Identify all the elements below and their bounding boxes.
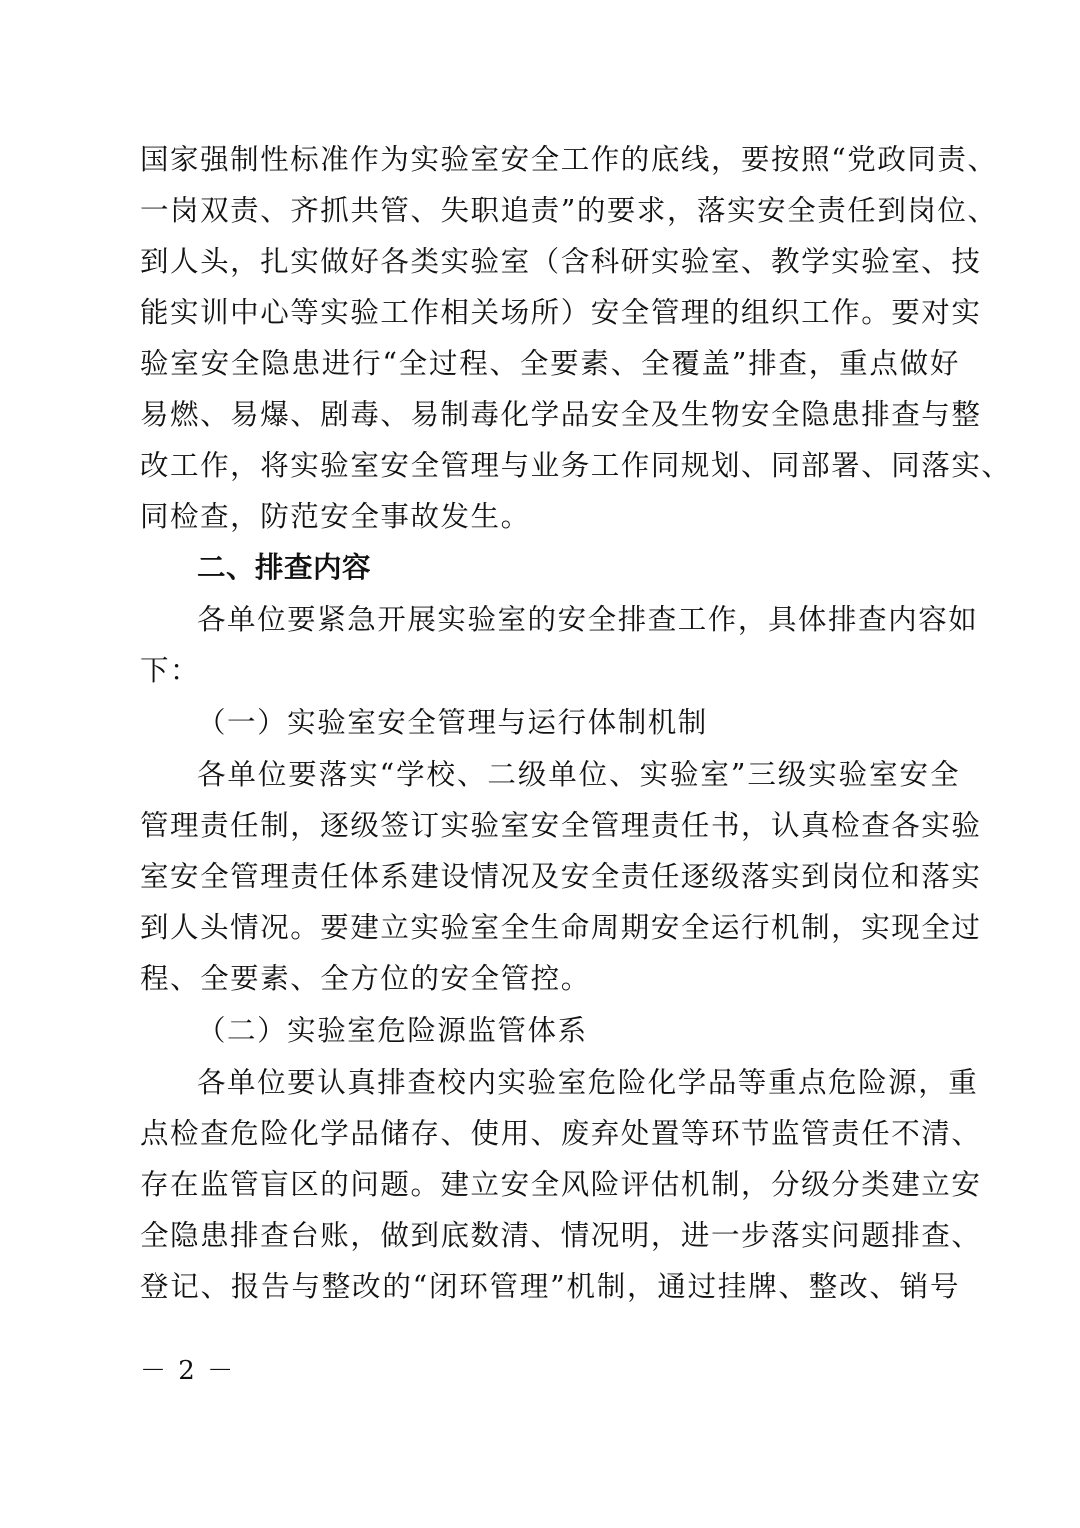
subsection-heading: （一）实验室安全管理与运行体制机制 [197, 697, 1017, 748]
paragraph-line: 各单位要落实“学校、二级单位、实验室”三级实验室安全 [197, 749, 960, 800]
paragraph-line: 程、全要素、全方位的安全管控。 [140, 953, 960, 1004]
section-heading: 二、排查内容 [197, 542, 1017, 593]
paragraph-line: 全隐患排查台账，做到底数清、情况明，进一步落实问题排查、 [140, 1210, 960, 1261]
paragraph-line: 一岗双责、齐抓共管、失职追责”的要求，落实安全责任到岗位、 [140, 185, 960, 236]
paragraph-line: 国家强制性标准作为实验室安全工作的底线，要按照“党政同责、 [140, 134, 960, 185]
paragraph-line: 点检查危险化学品储存、使用、废弃处置等环节监管责任不清、 [140, 1108, 960, 1159]
paragraph-line: 下： [140, 645, 960, 696]
paragraph-line: 能实训中心等实验工作相关场所）安全管理的组织工作。要对实 [140, 287, 960, 338]
paragraph-line: 各单位要认真排查校内实验室危险化学品等重点危险源，重 [197, 1057, 960, 1108]
paragraph-line: 登记、报告与整改的“闭环管理”机制，通过挂牌、整改、销号 [140, 1261, 960, 1312]
paragraph-line: 到人头，扎实做好各类实验室（含科研实验室、教学实验室、技 [140, 236, 960, 287]
paragraph-line: 改工作，将实验室安全管理与业务工作同规划、同部署、同落实、 [140, 440, 960, 491]
paragraph-line: 易燃、易爆、剧毒、易制毒化学品安全及生物安全隐患排查与整 [140, 389, 960, 440]
paragraph-line: 各单位要紧急开展实验室的安全排查工作，具体排查内容如 [197, 594, 960, 645]
paragraph-line: 到人头情况。要建立实验室全生命周期安全运行机制，实现全过 [140, 902, 960, 953]
paragraph-line: 验室安全隐患进行“全过程、全要素、全覆盖”排查，重点做好 [140, 338, 960, 389]
paragraph-line: 室安全管理责任体系建设情况及安全责任逐级落实到岗位和落实 [140, 851, 960, 902]
paragraph-line: 存在监管盲区的问题。建立安全风险评估机制，分级分类建立安 [140, 1159, 960, 1210]
page-number: － 2 － [140, 1350, 235, 1387]
paragraph-line: 同检查，防范安全事故发生。 [140, 491, 960, 542]
subsection-heading: （二）实验室危险源监管体系 [197, 1005, 1017, 1056]
paragraph-line: 管理责任制，逐级签订实验室安全管理责任书，认真检查各实验 [140, 800, 960, 851]
document-page: 国家强制性标准作为实验室安全工作的底线，要按照“党政同责、 一岗双责、齐抓共管、… [0, 0, 1080, 1528]
